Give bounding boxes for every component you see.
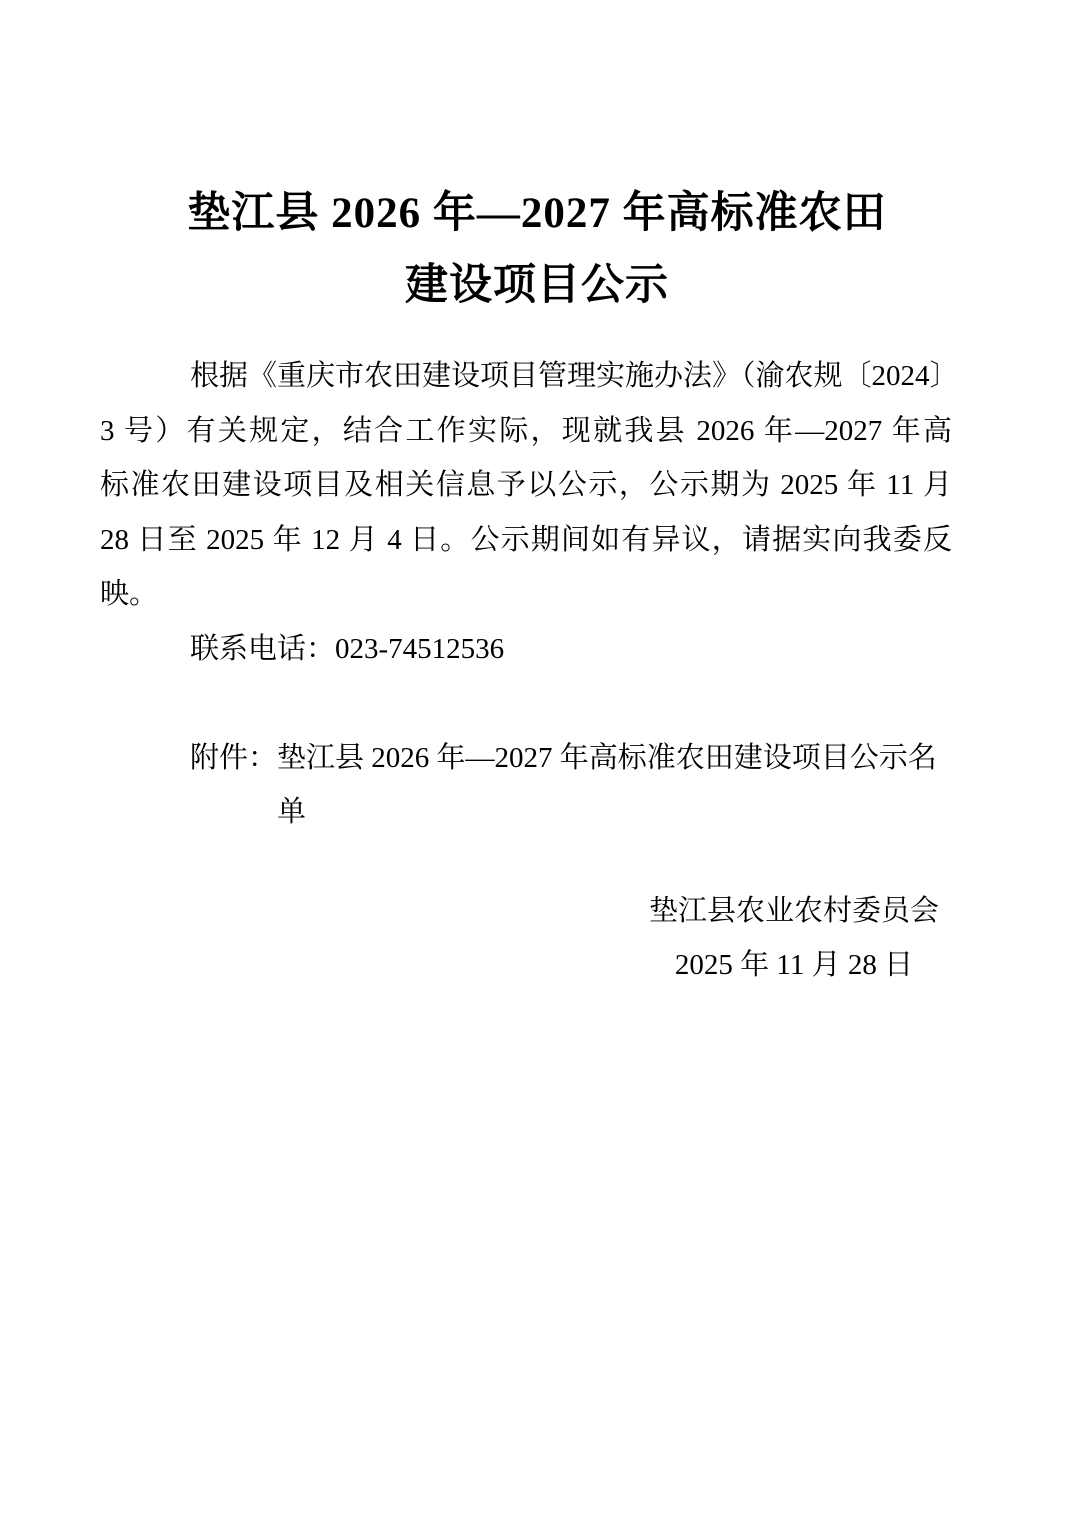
attachment-text-line-1: 垫江县 2026 年—2027 年高标准农田建设项目公示名 xyxy=(277,742,937,774)
signature-block: 垫江县农业农村委员会 2025 年 11 月 28 日 xyxy=(649,884,939,993)
document-body: 根据《重庆市农田建设项目管理实施办法》（渝农规〔2024〕 3 号）有关规定，结… xyxy=(100,349,952,993)
title-line-1: 垫江县 2026 年—2027 年高标准农田 xyxy=(0,178,1074,250)
attachment-text-line-2: 单 xyxy=(277,796,306,828)
paragraph-line: 标准农田建设项目及相关信息予以公示，公示期为 2025 年 11 月 xyxy=(100,458,952,513)
paragraph-line: 映。 xyxy=(100,567,952,622)
attachment-text: 垫江县 2026 年—2027 年高标准农田建设项目公示名单 xyxy=(277,731,952,840)
paragraph-line: 根据《重庆市农田建设项目管理实施办法》（渝农规〔2024〕 xyxy=(100,349,952,404)
contact-phone-line: 联系电话：023-74512536 xyxy=(100,622,952,677)
document-page: 垫江县 2026 年—2027 年高标准农田 建设项目公示 根据《重庆市农田建设… xyxy=(0,0,1074,1520)
attachment-label: 附件： xyxy=(100,731,277,840)
paragraph-line: 28 日至 2025 年 12 月 4 日。公示期间如有异议，请据实向我委反 xyxy=(100,513,952,568)
signature-date: 2025 年 11 月 28 日 xyxy=(649,938,939,993)
main-paragraph: 根据《重庆市农田建设项目管理实施办法》（渝农规〔2024〕 3 号）有关规定，结… xyxy=(100,349,952,622)
document-title: 垫江县 2026 年—2027 年高标准农田 建设项目公示 xyxy=(0,0,1074,322)
paragraph-line: 3 号）有关规定，结合工作实际，现就我县 2026 年—2027 年高 xyxy=(100,404,952,459)
title-line-2: 建设项目公示 xyxy=(0,250,1074,322)
attachment-section: 附件： 垫江县 2026 年—2027 年高标准农田建设项目公示名单 xyxy=(100,731,952,840)
signature-organization: 垫江县农业农村委员会 xyxy=(649,884,939,939)
